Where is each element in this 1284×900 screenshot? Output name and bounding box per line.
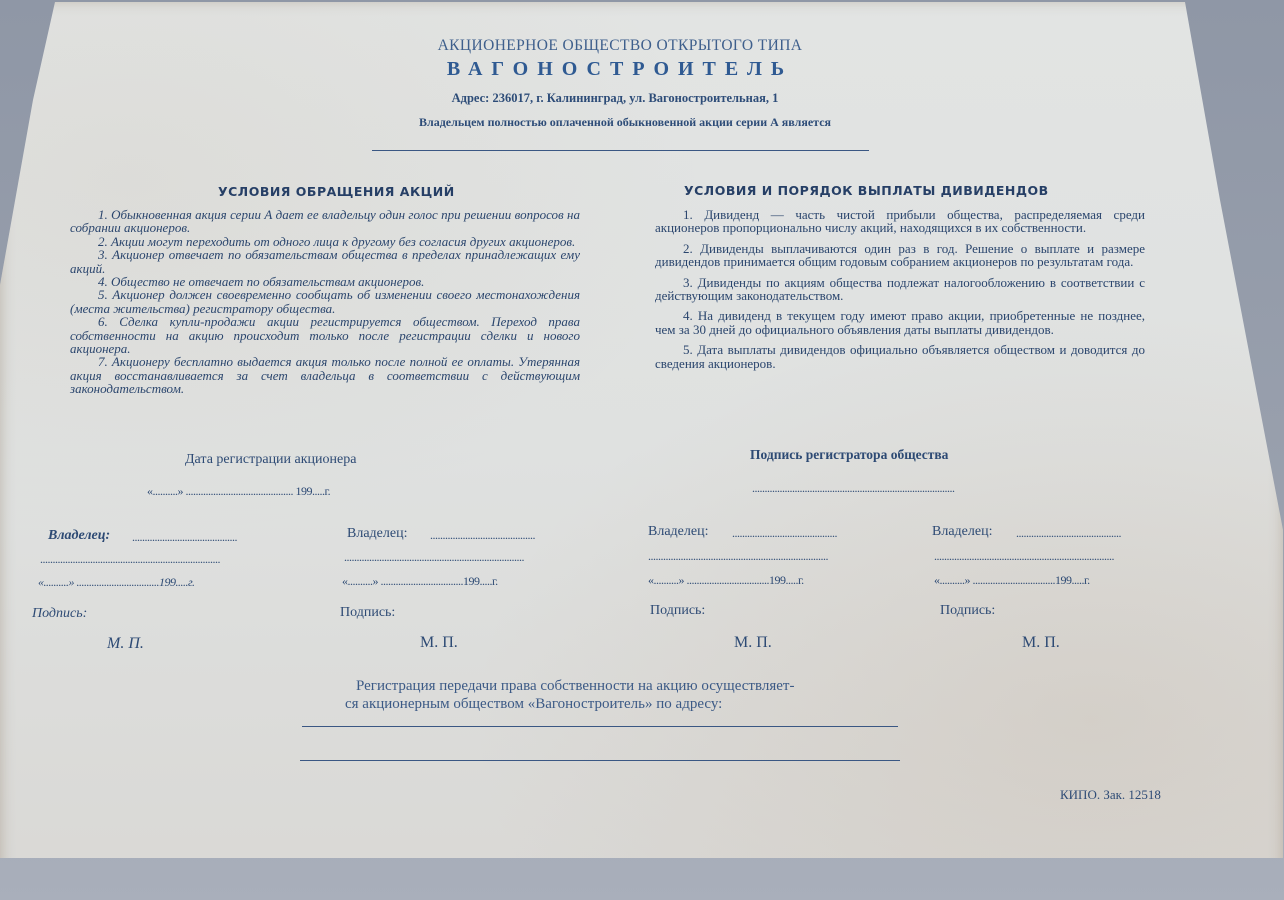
transfer-note-line-1: Регистрация передачи права собственности…: [356, 677, 794, 695]
printer-mark: КИПО. Зак. 12518: [1060, 787, 1161, 803]
registrar-signature-label: Подпись регистратора общества: [750, 447, 948, 463]
circulation-item: 3. Акционер отвечает по обязательствам о…: [70, 248, 580, 275]
owner-label-3: Владелец:: [648, 524, 708, 540]
dividends-title: УСЛОВИЯ И ПОРЯДОК ВЫПЛАТЫ ДИВИДЕНДОВ: [684, 183, 1049, 198]
owner-name-field-4b[interactable]: ........................................…: [934, 549, 1114, 564]
signature-label-1: Подпись:: [32, 606, 87, 622]
dividend-item: 2. Дивиденды выплачиваются один раз в го…: [655, 242, 1145, 269]
address-line-1: [302, 726, 898, 727]
circulation-item: 4. Общество не отвечает по обязательства…: [70, 275, 580, 288]
org-type-heading: АКЦИОНЕРНОЕ ОБЩЕСТВО ОТКРЫТОГО ТИПА: [0, 37, 1240, 55]
owner-name-field-4[interactable]: ........................................…: [1016, 526, 1121, 541]
address-line-2: [300, 760, 900, 761]
signature-label-4: Подпись:: [940, 603, 995, 619]
registration-date-label: Дата регистрации акционера: [185, 452, 356, 468]
seal-mark-4: М. П.: [1022, 634, 1060, 652]
circulation-item: 1. Обыкновенная акция серии А дает ее вл…: [70, 208, 580, 235]
registration-date-field[interactable]: «..........» ...........................…: [147, 484, 330, 499]
owner-label-2: Владелец:: [347, 526, 407, 542]
dividends-list: 1. Дивиденд — часть чистой прибыли общес…: [655, 208, 1145, 377]
owner-name-field-3[interactable]: ........................................…: [732, 526, 837, 541]
seal-mark-3: М. П.: [734, 634, 772, 652]
share-circulation-title: УСЛОВИЯ ОБРАЩЕНИЯ АКЦИЙ: [218, 184, 455, 199]
seal-mark-1: М. П.: [107, 635, 144, 653]
seal-mark-2: М. П.: [420, 634, 458, 652]
dividend-item: 3. Дивиденды по акциям общества подлежат…: [655, 276, 1145, 303]
owner-label-4: Владелец:: [932, 524, 992, 540]
owner-name-field-2b[interactable]: ........................................…: [344, 550, 524, 565]
company-name-heading: ВАГОНОСТРОИТЕЛЬ: [0, 58, 1240, 81]
owner-statement: Владельцем полностью оплаченной обыкнове…: [0, 115, 1250, 130]
transfer-note-line-2: ся акционерным обществом «Вагоностроител…: [345, 695, 722, 713]
owner-date-field-2[interactable]: «..........» ...........................…: [342, 574, 498, 589]
owner-name-field-1b[interactable]: ........................................…: [40, 552, 220, 567]
share-certificate-paper: [0, 0, 1284, 900]
owner-date-field-3[interactable]: «..........» ...........................…: [648, 573, 804, 588]
owner-date-field-4[interactable]: «..........» ...........................…: [934, 573, 1090, 588]
owner-name-field-3b[interactable]: ........................................…: [648, 549, 828, 564]
dividend-item: 1. Дивиденд — часть чистой прибыли общес…: [655, 208, 1145, 235]
signature-label-3: Подпись:: [650, 603, 705, 619]
owner-date-field-1[interactable]: «..........» ...........................…: [38, 575, 195, 590]
owner-label-1: Владелец:: [48, 528, 110, 544]
circulation-item: 5. Акционер должен своевременно сообщать…: [70, 288, 580, 315]
dividend-item: 5. Дата выплаты дивидендов официально об…: [655, 343, 1145, 370]
circulation-item: 2. Акции могут переходить от одного лица…: [70, 235, 580, 248]
dividend-item: 4. На дивиденд в текущем году имеют прав…: [655, 309, 1145, 336]
company-address: Адрес: 236017, г. Калининград, ул. Вагон…: [0, 91, 1230, 106]
registrar-signature-field[interactable]: ........................................…: [752, 481, 955, 496]
owner-name-line: [372, 150, 869, 151]
share-circulation-list: 1. Обыкновенная акция серии А дает ее вл…: [70, 208, 580, 396]
owner-name-field-1[interactable]: ........................................…: [132, 530, 237, 545]
circulation-item: 6. Сделка купли-продажи акции регистриру…: [70, 315, 580, 355]
signature-label-2: Подпись:: [340, 605, 395, 621]
circulation-item: 7. Акционеру бесплатно выдается акция то…: [70, 355, 580, 395]
owner-name-field-2[interactable]: ........................................…: [430, 528, 535, 543]
